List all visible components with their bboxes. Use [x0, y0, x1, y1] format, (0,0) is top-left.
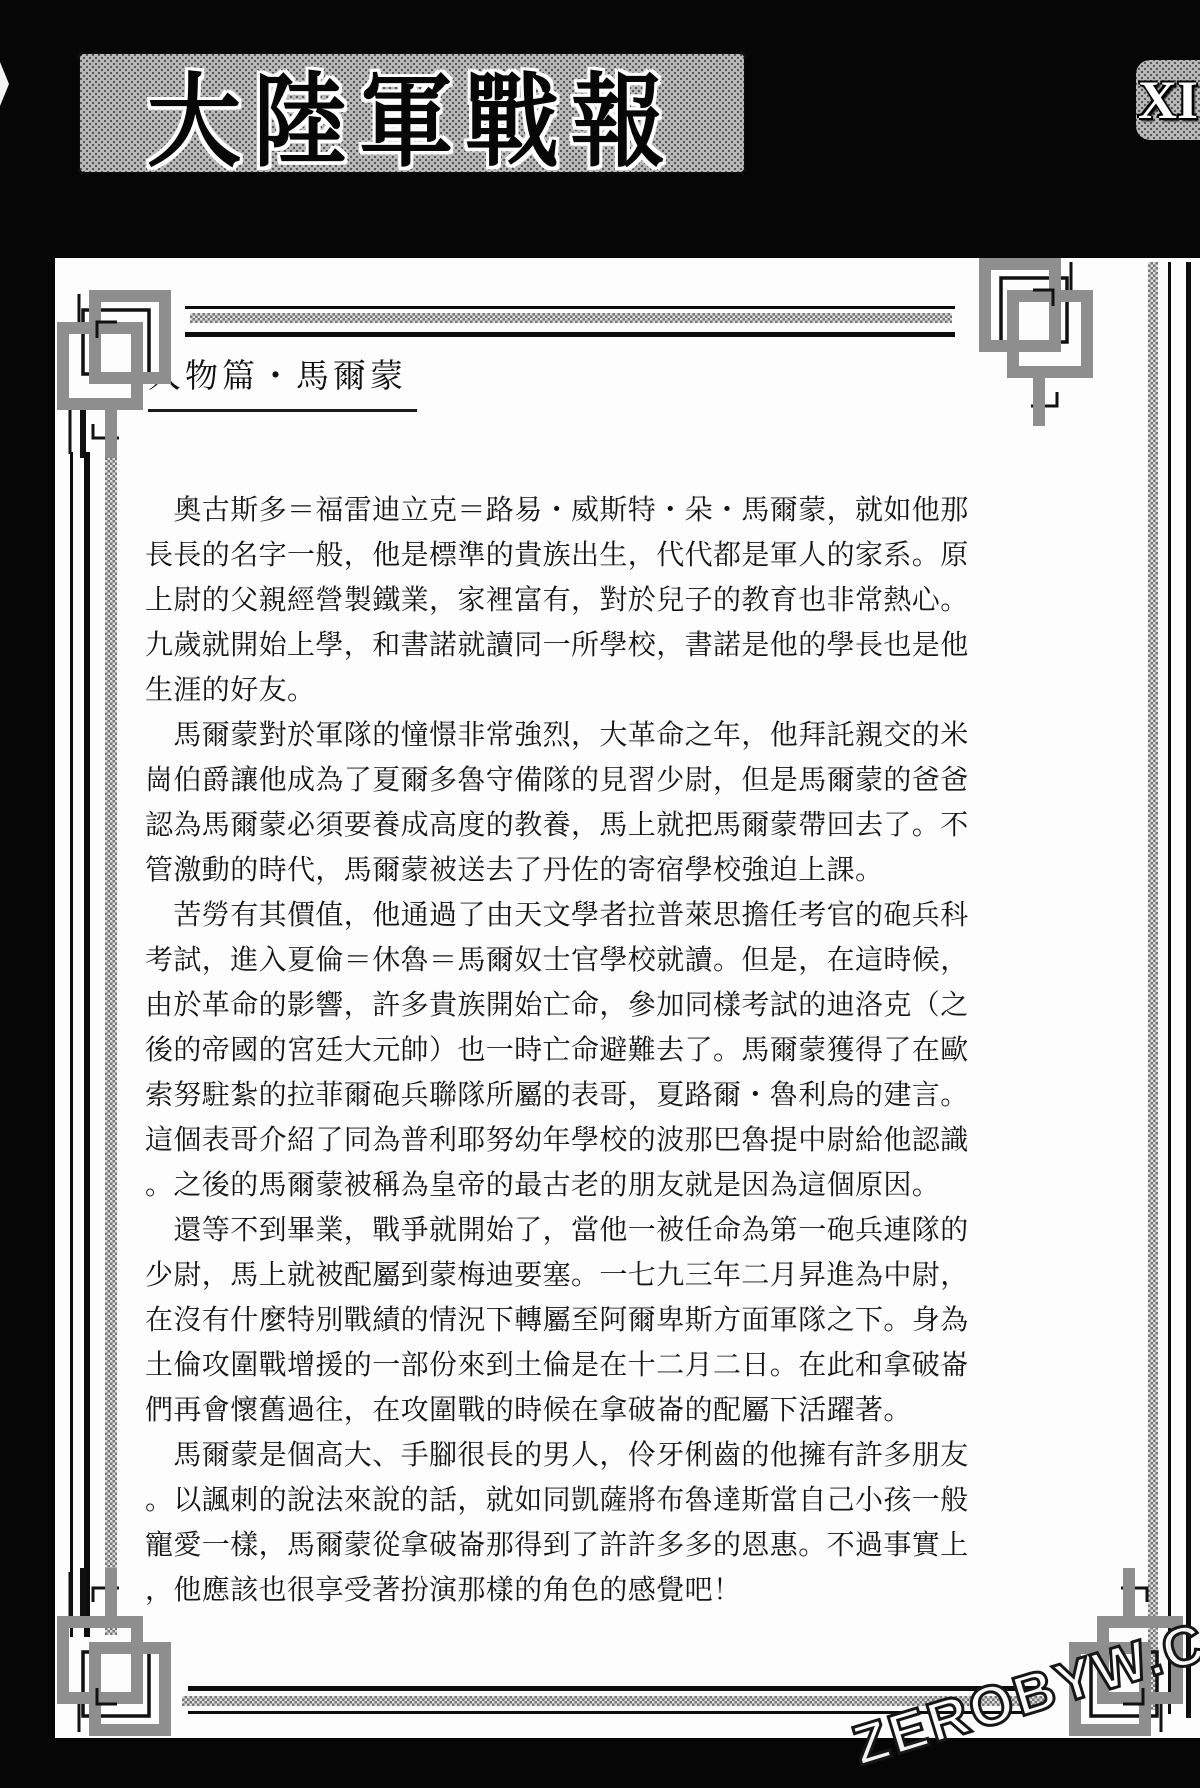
- text-line: 九歲就開始上學，和書諾就讀同一所學校，書諾是他的學長也是他: [145, 623, 975, 668]
- corner-ornament-bottom-left: [55, 1568, 205, 1738]
- volume-number: XI: [1138, 69, 1198, 131]
- article-body: 奧古斯多＝福雷迪立克＝路易・威斯特・朵・馬爾蒙，就如他那長長的名字一般，他是標準…: [145, 488, 975, 1613]
- text-line: 苦勞有其價值，他通過了由天文學者拉普萊思擔任考官的砲兵科: [145, 893, 975, 938]
- paragraph: 還等不到畢業，戰爭就開始了，當他一被任命為第一砲兵連隊的少尉，馬上就被配屬到蒙梅…: [145, 1208, 975, 1433]
- text-line: 們再會懷舊過往，在攻圍戰的時候在拿破崙的配屬下活躍著。: [145, 1388, 975, 1433]
- text-line: 管激動的時代，馬爾蒙被送去了丹佐的寄宿學校強迫上課。: [145, 848, 975, 893]
- frame-top-line-inner: [185, 332, 955, 337]
- volume-badge: XI: [1136, 60, 1200, 140]
- text-line: 後的帝國的宮廷大元帥）也一時亡命避難去了。馬爾蒙獲得了在歐: [145, 1028, 975, 1073]
- text-line: 認為馬爾蒙必須要養成高度的教養，馬上就把馬爾蒙帶回去了。不: [145, 803, 975, 848]
- text-line: 上尉的父親經營製鐵業，家裡富有，對於兒子的教育也非常熱心。: [145, 578, 975, 623]
- frame-left-line-gray: [105, 455, 117, 1635]
- frame-right-line-mid: [1168, 262, 1171, 1714]
- text-line: 在沒有什麼特別戰績的情況下轉屬至阿爾卑斯方面軍隊之下。身為: [145, 1298, 975, 1343]
- text-line: 索努駐紮的拉菲爾砲兵聯隊所屬的表哥，夏路爾・魯利烏的建言。: [145, 1073, 975, 1118]
- corner-ornament-top-left: [55, 288, 205, 458]
- text-line: 馬爾蒙是個高大、手腳很長的男人，伶牙俐齒的他擁有許多朋友: [145, 1433, 975, 1478]
- text-line: 崗伯爵讓他成為了夏爾多魯守備隊的見習少尉，但是馬爾蒙的爸爸: [145, 758, 975, 803]
- scan-edge-artifact: [0, 62, 9, 106]
- text-line: 還等不到畢業，戰爭就開始了，當他一被任命為第一砲兵連隊的: [145, 1208, 975, 1253]
- text-line: 奧古斯多＝福雷迪立克＝路易・威斯特・朵・馬爾蒙，就如他那: [145, 488, 975, 533]
- frame-left-line-outer: [70, 452, 73, 1637]
- frame-right-line-gray: [1148, 262, 1158, 1710]
- text-line: 。之後的馬爾蒙被稱為皇帝的最古老的朋友就是因為這個原因。: [145, 1163, 975, 1208]
- text-line: 由於革命的影響，許多貴族開始亡命，參加同樣考試的迪洛克（之: [145, 983, 975, 1028]
- text-line: 馬爾蒙對於軍隊的憧憬非常強烈，大革命之年，他拜託親交的米: [145, 713, 975, 758]
- text-line: 寵愛一樣，馬爾蒙從拿破崙那得到了許許多多的恩惠。不過事實上: [145, 1523, 975, 1568]
- paragraph: 馬爾蒙是個高大、手腳很長的男人，伶牙俐齒的他擁有許多朋友。以諷刺的說法來說的話，…: [145, 1433, 975, 1613]
- text-line: 少尉，馬上就被配屬到蒙梅迪要塞。一七九三年二月昇進為中尉，: [145, 1253, 975, 1298]
- paragraph: 苦勞有其價值，他通過了由天文學者拉普萊思擔任考官的砲兵科考試，進入夏倫＝休魯＝馬…: [145, 893, 975, 1208]
- text-line: 。以諷刺的說法來說的話，就如同凱薩將布魯達斯當自己小孩一般: [145, 1478, 975, 1523]
- series-logo-text: 大陸軍戰報: [147, 40, 677, 186]
- text-line: 土倫攻圍戰增援的一部份來到土倫是在十二月二日。在此和拿破崙: [145, 1343, 975, 1388]
- frame-top-line-outer: [185, 306, 955, 309]
- scanned-book-page: 大陸軍戰報 XI: [0, 0, 1200, 1788]
- frame-bottom-line-inner: [188, 1686, 1040, 1691]
- text-line: 生涯的好友。: [145, 668, 975, 713]
- corner-ornament-top-right: [945, 256, 1095, 426]
- frame-right-line-outer: [1186, 262, 1191, 1718]
- text-line: 長長的名字一般，他是標準的貴族出生，代代都是軍人的家系。原: [145, 533, 975, 578]
- frame-left-line-mid: [84, 452, 90, 1637]
- text-line: 這個表哥介紹了同為普利耶努幼年學校的波那巴魯提中尉給他認識: [145, 1118, 975, 1163]
- text-line: ，他應該也很享受著扮演那樣的角色的感覺吧！: [145, 1568, 975, 1613]
- frame-top-line-gray: [190, 313, 952, 323]
- paragraph: 奧古斯多＝福雷迪立克＝路易・威斯特・朵・馬爾蒙，就如他那長長的名字一般，他是標準…: [145, 488, 975, 713]
- paragraph: 馬爾蒙對於軍隊的憧憬非常強烈，大革命之年，他拜託親交的米崗伯爵讓他成為了夏爾多魯…: [145, 713, 975, 893]
- header-logo-plate: 大陸軍戰報: [78, 52, 746, 174]
- text-line: 考試，進入夏倫＝休魯＝馬爾奴士官學校就讀。但是，在這時候，: [145, 938, 975, 983]
